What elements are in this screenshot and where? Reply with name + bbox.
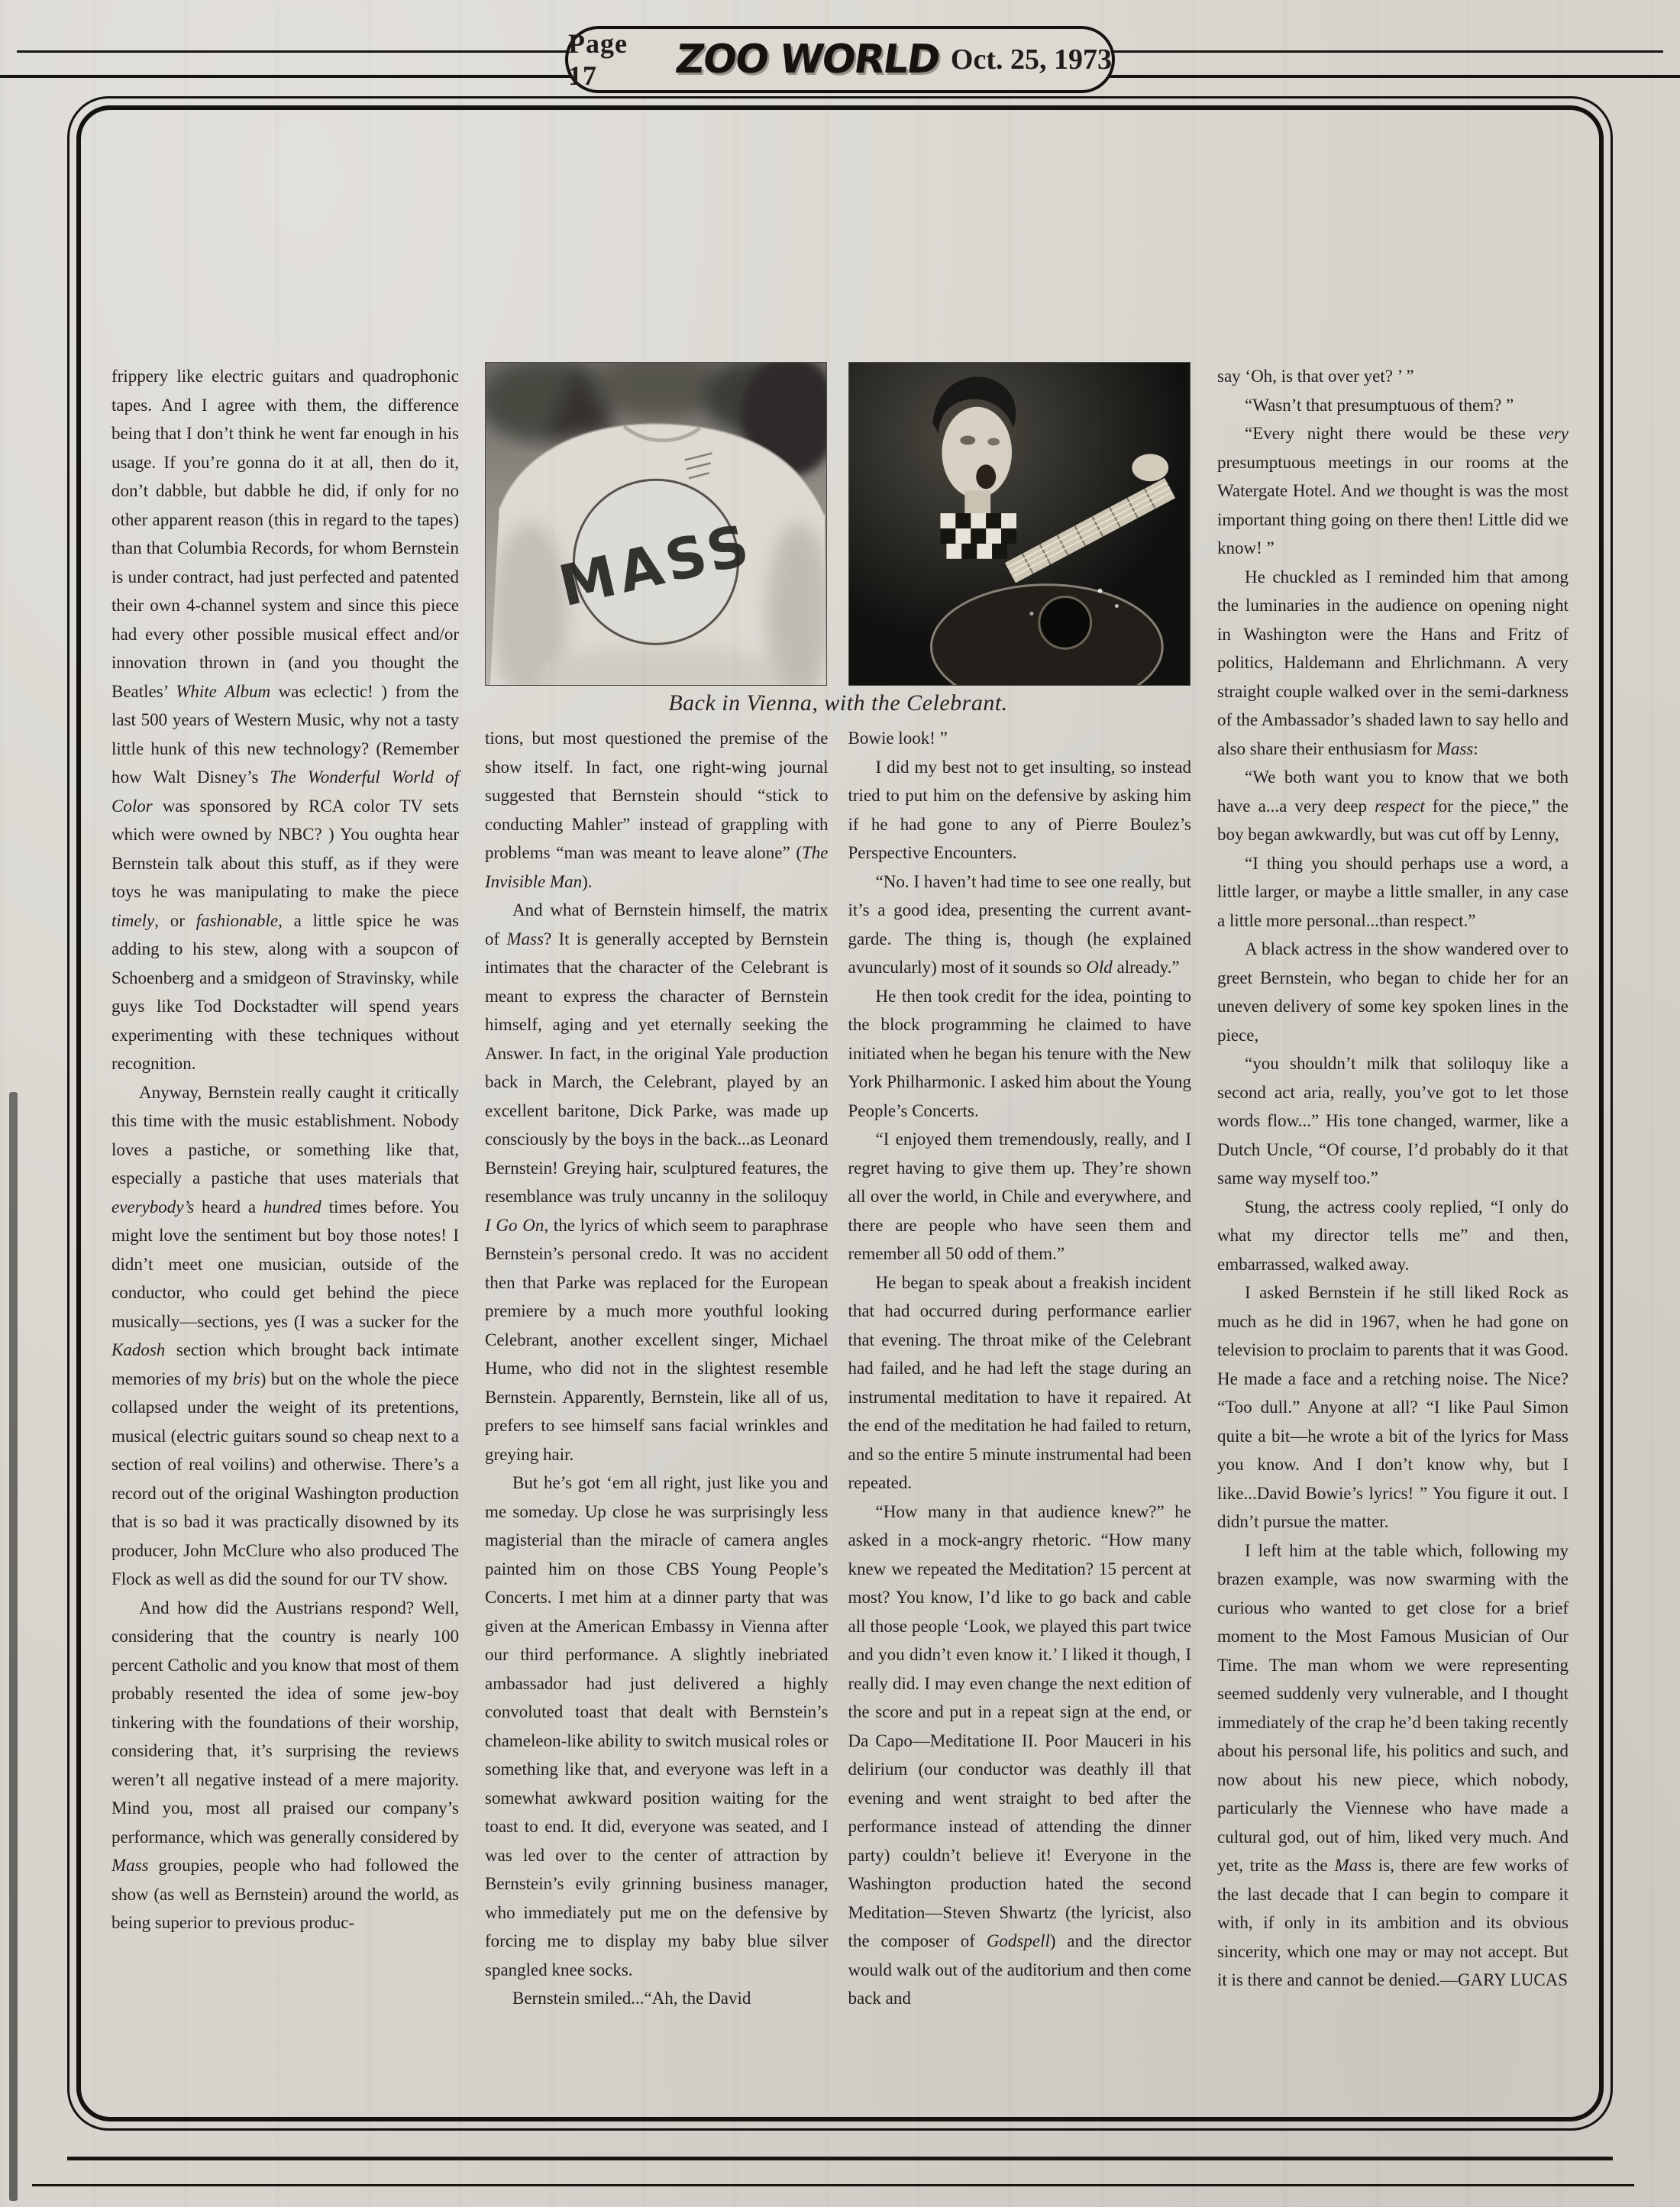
photo-caption: Back in Vienna, with the Celebrant. — [485, 686, 1191, 721]
singer-face — [942, 407, 1012, 498]
article-paragraph: “Every night there would be these very p… — [1217, 419, 1569, 563]
article-paragraph: He then took credit for the idea, pointi… — [848, 982, 1192, 1126]
middle-text-columns: tions, but most questioned the premise o… — [485, 724, 1191, 2013]
article-column-3: Bowie look! ”I did my best not to get in… — [848, 724, 1192, 2013]
open-mouth — [976, 464, 996, 489]
article-column-2: tions, but most questioned the premise o… — [485, 724, 829, 2013]
article-paragraph: “you shouldn’t milk that soliloquy like … — [1217, 1049, 1569, 1193]
article-paragraph: say ‘Oh, is that over yet? ’ ” — [1217, 362, 1569, 391]
article-paragraph: “We both want you to know that we both h… — [1217, 763, 1569, 849]
bottom-rule-thick — [67, 2157, 1613, 2160]
article-paragraph: “How many in that audience knew?” he ask… — [848, 1498, 1192, 2013]
article-column-1: frippery like electric guitars and quadr… — [111, 362, 459, 2013]
article-paragraph: He chuckled as I reminded him that among… — [1217, 563, 1569, 764]
issue-date-label: Oct. 25, 1973 — [951, 43, 1112, 76]
bottom-rule — [32, 2184, 1634, 2186]
guitar-soundhole — [1039, 597, 1091, 649]
article-paragraph: I asked Bernstein if he still liked Rock… — [1217, 1278, 1569, 1536]
article-paragraph: A black actress in the show wandered ove… — [1217, 935, 1569, 1049]
photo-spread: MASS — [485, 362, 1191, 686]
article-column-4: say ‘Oh, is that over yet? ’ ”“Wasn’t th… — [1217, 362, 1569, 2013]
article-paragraph: Anyway, Bernstein really caught it criti… — [111, 1078, 459, 1594]
mass-tshirt-illustration: MASS — [486, 363, 826, 685]
article-paragraph: Stung, the actress cooly replied, “I onl… — [1217, 1193, 1569, 1279]
newspaper-page: { "header": { "page_label": "Page 17", "… — [0, 0, 1680, 2207]
article-paragraph: “Wasn’t that presumptuous of them? ” — [1217, 391, 1569, 420]
article-paragraph: And what of Bernstein himself, the matri… — [485, 896, 829, 1469]
article-paragraph: I did my best not to get insulting, so i… — [848, 753, 1192, 868]
article-paragraph: “No. I haven’t had time to see one reall… — [848, 868, 1192, 982]
article-paragraph: And how did the Austrians respond? Well,… — [111, 1594, 459, 1937]
photo-mass-tshirt: MASS — [485, 362, 827, 686]
photo-celebrant-guitar — [848, 362, 1191, 686]
article-paragraph: He began to speak about a freakish incid… — [848, 1268, 1192, 1498]
celebrant-illustration — [849, 363, 1190, 685]
checkered-scarf — [940, 513, 1016, 559]
article-paragraph: Bernstein smiled...“Ah, the David — [485, 1984, 829, 2013]
scan-edge-shadow — [9, 1092, 18, 2201]
masthead-logo: ZOO WORLD — [673, 37, 942, 82]
article-frame-inner: frippery like electric guitars and quadr… — [76, 105, 1604, 2121]
article-paragraph: “I thing you should perhaps use a word, … — [1217, 849, 1569, 935]
article-paragraph: “I enjoyed them tremendously, really, an… — [848, 1125, 1192, 1268]
article-paragraph: I left him at the table which, following… — [1217, 1536, 1569, 1995]
article-paragraph: Bowie look! ” — [848, 724, 1192, 753]
fretting-hand — [1132, 454, 1168, 481]
page-header: Page 17 ZOO WORLD Oct. 25, 1973 — [565, 26, 1115, 93]
article-paragraph: frippery like electric guitars and quadr… — [111, 362, 459, 1078]
page-number-label: Page 17 — [568, 27, 664, 92]
article-middle-section: MASS — [485, 362, 1191, 2013]
article-paragraph: But he’s got ‘em all right, just like yo… — [485, 1469, 829, 1984]
article-frame-outer: frippery like electric guitars and quadr… — [67, 96, 1613, 2131]
article-paragraph: tions, but most questioned the premise o… — [485, 724, 829, 896]
article-body: frippery like electric guitars and quadr… — [111, 362, 1569, 2013]
